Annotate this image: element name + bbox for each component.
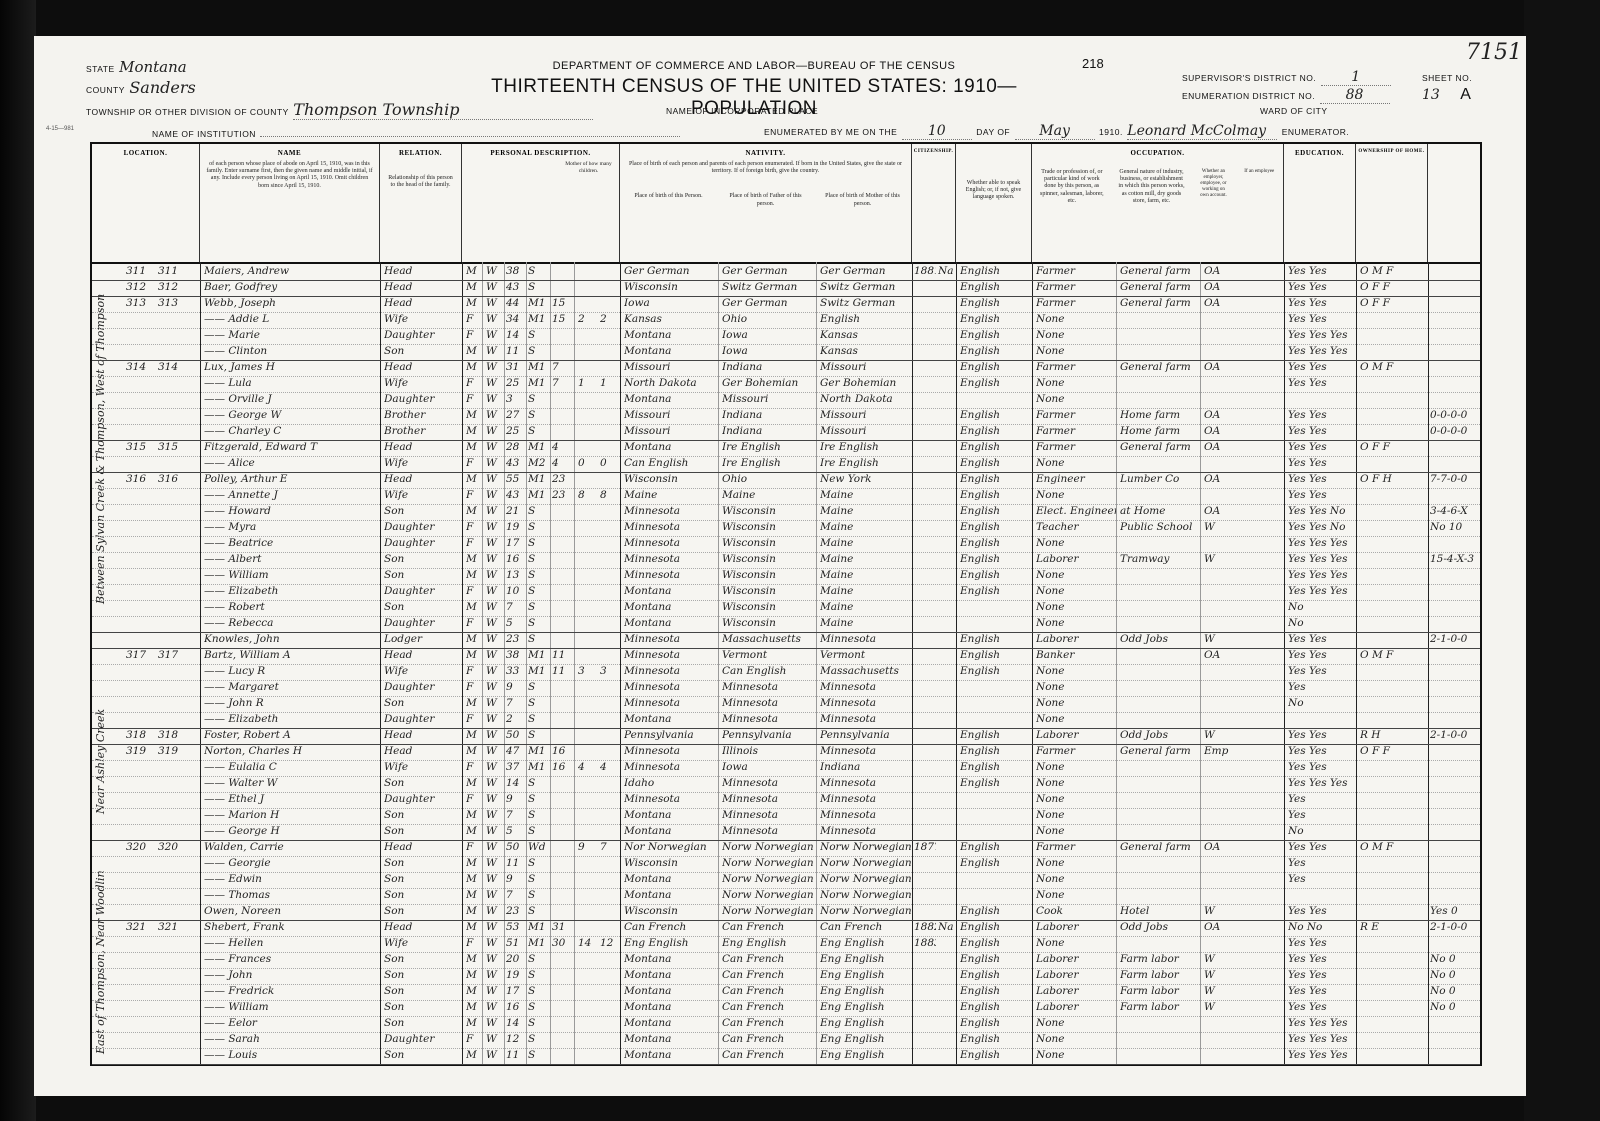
sex: M [466, 729, 482, 741]
enumeration-district: ENUMERATION DISTRICT NO. 88 [1182, 86, 1390, 104]
race: W [486, 841, 502, 853]
race: W [486, 569, 502, 581]
sex: F [466, 537, 482, 549]
occupation: None [1036, 937, 1116, 949]
sex: F [466, 393, 482, 405]
education: Yes Yes Yes [1288, 569, 1356, 581]
home-ownership: O F F [1360, 281, 1428, 293]
census-row: —— Marie Daughter F W 14 S Montana Iowa … [92, 328, 1480, 345]
annotation-codes: No 0 [1430, 953, 1480, 965]
employer-status: OA [1204, 297, 1234, 309]
education: Yes Yes [1288, 761, 1356, 773]
father-birthplace: Can French [722, 1001, 816, 1013]
employer-status: W [1204, 953, 1234, 965]
dwelling-number: 311 [126, 265, 156, 277]
relation: Brother [384, 409, 460, 421]
birthplace: Wisconsin [624, 281, 718, 293]
language: English [960, 761, 1030, 773]
occupation: Farmer [1036, 281, 1116, 293]
birthplace: Montana [624, 1017, 718, 1029]
marital-status: S [528, 585, 550, 597]
education: Yes Yes [1288, 457, 1356, 469]
industry: General farm [1120, 441, 1200, 453]
mother-birthplace: North Dakota [820, 393, 912, 405]
race: W [486, 873, 502, 885]
birthplace: Montana [624, 441, 718, 453]
language: English [960, 377, 1030, 389]
census-row: —— Ethel J Daughter F W 9 S Minnesota Mi… [92, 792, 1480, 809]
father-birthplace: Norw Norwegian [722, 857, 816, 869]
sex: M [466, 281, 482, 293]
language: English [960, 329, 1030, 341]
education: Yes Yes [1288, 297, 1356, 309]
mother-birthplace: Eng English [820, 953, 912, 965]
occupation: None [1036, 313, 1116, 325]
relation: Wife [384, 937, 460, 949]
years-married: 7 [552, 377, 574, 389]
age: 12 [506, 1033, 526, 1045]
mother-birthplace: Eng English [820, 969, 912, 981]
marital-status: S [528, 345, 550, 357]
children-born: 1 [578, 377, 598, 389]
occupation: None [1036, 569, 1116, 581]
occupation: None [1036, 697, 1116, 709]
mother-birthplace: Maine [820, 569, 912, 581]
father-birthplace: Can French [722, 969, 816, 981]
sex: M [466, 697, 482, 709]
relation: Son [384, 1049, 460, 1061]
person-name: —— John [204, 969, 378, 981]
years-married: 16 [552, 761, 574, 773]
employer-status: Emp [1204, 745, 1234, 757]
education: No [1288, 825, 1356, 837]
age: 38 [506, 265, 526, 277]
employer-status: W [1204, 553, 1234, 565]
census-sheet: STATE Montana COUNTY Sanders TOWNSHIP OR… [34, 36, 1526, 1096]
birthplace: Minnesota [624, 553, 718, 565]
race: W [486, 553, 502, 565]
home-ownership: R H [1360, 729, 1428, 741]
father-birthplace: Pennsylvania [722, 729, 816, 741]
relation: Son [384, 905, 460, 917]
mother-birthplace: Minnesota [820, 745, 912, 757]
age: 34 [506, 313, 526, 325]
person-name: —— Robert [204, 601, 378, 613]
relation: Son [384, 969, 460, 981]
incorporated-place-label: NAME OF INCORPORATED PLACE [666, 106, 818, 116]
age: 28 [506, 441, 526, 453]
occupation: None [1036, 1033, 1116, 1045]
family-number: 313 [158, 297, 188, 309]
scan-edge-right: 101 [1524, 0, 1600, 1121]
occupation: Farmer [1036, 361, 1116, 373]
industry: General farm [1120, 841, 1200, 853]
sex: M [466, 1001, 482, 1013]
marital-status: S [528, 409, 550, 421]
industry: General farm [1120, 745, 1200, 757]
education: No No [1288, 921, 1356, 933]
state-value: Montana [119, 58, 187, 76]
birthplace: Montana [624, 825, 718, 837]
race: W [486, 985, 502, 997]
person-name: Shebert, Frank [204, 921, 378, 933]
race: W [486, 953, 502, 965]
person-name: —— Lucy R [204, 665, 378, 677]
race: W [486, 889, 502, 901]
language: English [960, 345, 1030, 357]
education: Yes [1288, 857, 1356, 869]
age: 9 [506, 873, 526, 885]
age: 23 [506, 905, 526, 917]
race: W [486, 441, 502, 453]
father-birthplace: Norw Norwegian [722, 841, 816, 853]
sex: M [466, 777, 482, 789]
employer-status: W [1204, 905, 1234, 917]
language: English [960, 745, 1030, 757]
industry: Hotel [1120, 905, 1200, 917]
census-row: 315 315 Fitzgerald, Edward T Head M W 28… [92, 440, 1480, 457]
father-birthplace: Wisconsin [722, 569, 816, 581]
occupation: None [1036, 777, 1116, 789]
occupation: None [1036, 793, 1116, 805]
sex: M [466, 905, 482, 917]
birthplace: Montana [624, 969, 718, 981]
age: 27 [506, 409, 526, 421]
person-name: —— Beatrice [204, 537, 378, 549]
occupation: Farmer [1036, 841, 1116, 853]
occupation: None [1036, 681, 1116, 693]
age: 19 [506, 969, 526, 981]
industry: General farm [1120, 265, 1200, 277]
marital-status: M1 [528, 361, 550, 373]
annotation-codes: 2-1-0-0 [1430, 729, 1480, 741]
family-number: 314 [158, 361, 188, 373]
occupation: Elect. Engineer [1036, 505, 1116, 517]
census-row: 311 311 Maiers, Andrew Head M W 38 S Ger… [92, 264, 1480, 281]
sex: F [466, 489, 482, 501]
nativity-header: NATIVITY.Place of birth of each person a… [620, 144, 912, 262]
person-name: Webb, Joseph [204, 297, 378, 309]
language: English [960, 297, 1030, 309]
occupation: Cook [1036, 905, 1116, 917]
language: English [960, 1049, 1030, 1061]
immigration-year: 1877 [914, 841, 936, 853]
birthplace: Montana [624, 1033, 718, 1045]
employer-status: OA [1204, 505, 1234, 517]
father-birthplace: Switz German [722, 281, 816, 293]
census-row: —— John R Son M W 7 S Minnesota Minnesot… [92, 696, 1480, 713]
industry: Lumber Co [1120, 473, 1200, 485]
education: Yes [1288, 681, 1356, 693]
age: 51 [506, 937, 526, 949]
person-name: Baer, Godfrey [204, 281, 378, 293]
home-ownership: O M F [1360, 361, 1428, 373]
occupation: None [1036, 857, 1116, 869]
family-number: 321 [158, 921, 188, 933]
annotation-codes: No 0 [1430, 985, 1480, 997]
father-birthplace: Indiana [722, 425, 816, 437]
age: 16 [506, 553, 526, 565]
home-ownership: R E [1360, 921, 1428, 933]
birthplace: Minnesota [624, 633, 718, 645]
language: English [960, 905, 1030, 917]
occupation: None [1036, 889, 1116, 901]
sex: M [466, 297, 482, 309]
occupation-header: OCCUPATION. Trade or profession of, or p… [1032, 144, 1284, 262]
family-number: 317 [158, 649, 188, 661]
sex: F [466, 329, 482, 341]
children-living: 2 [600, 313, 620, 325]
language: English [960, 537, 1030, 549]
sex: M [466, 809, 482, 821]
relation: Son [384, 505, 460, 517]
age: 7 [506, 601, 526, 613]
marital-status: S [528, 905, 550, 917]
years-married: 15 [552, 313, 574, 325]
father-birthplace: Minnesota [722, 825, 816, 837]
marital-status: S [528, 681, 550, 693]
mother-birthplace: Ire English [820, 441, 912, 453]
age: 25 [506, 425, 526, 437]
relation: Daughter [384, 585, 460, 597]
language: English [960, 921, 1030, 933]
mother-birthplace: Kansas [820, 345, 912, 357]
census-row: —— Eelor Son M W 14 S Montana Can French… [92, 1016, 1480, 1033]
mother-birthplace: Eng English [820, 1033, 912, 1045]
person-name: —— Alice [204, 457, 378, 469]
age: 7 [506, 697, 526, 709]
census-row: —— Edwin Son M W 9 S Montana Norw Norweg… [92, 872, 1480, 889]
relation: Head [384, 649, 460, 661]
age: 17 [506, 985, 526, 997]
employer-status: OA [1204, 425, 1234, 437]
sex: F [466, 1033, 482, 1045]
annotation-codes: 15-4-X-3 [1430, 553, 1480, 565]
education: Yes Yes [1288, 649, 1356, 661]
mother-birthplace: Norw Norwegian [820, 841, 912, 853]
annotation-codes: 2-1-0-0 [1430, 633, 1480, 645]
mother-birthplace: Maine [820, 521, 912, 533]
father-birthplace: Iowa [722, 329, 816, 341]
naturalization: Na [938, 265, 956, 277]
age: 38 [506, 649, 526, 661]
mother-birthplace: Maine [820, 489, 912, 501]
mother-birthplace: Maine [820, 537, 912, 549]
immigration-year: 1881 [914, 265, 936, 277]
years-married: 4 [552, 457, 574, 469]
language: English [960, 857, 1030, 869]
race: W [486, 537, 502, 549]
sex: M [466, 601, 482, 613]
education: No [1288, 617, 1356, 629]
person-name: —— Elizabeth [204, 713, 378, 725]
industry: General farm [1120, 281, 1200, 293]
census-row: 312 312 Baer, Godfrey Head M W 43 S Wisc… [92, 280, 1480, 297]
age: 7 [506, 889, 526, 901]
father-birthplace: Ohio [722, 313, 816, 325]
father-birthplace: Minnesota [722, 809, 816, 821]
birthplace: Can French [624, 921, 718, 933]
annotation-codes: 7-7-0-0 [1430, 473, 1480, 485]
education: Yes Yes [1288, 633, 1356, 645]
marital-status: S [528, 265, 550, 277]
census-row: —— Rebecca Daughter F W 5 S Montana Wisc… [92, 616, 1480, 633]
years-married: 11 [552, 649, 574, 661]
relation: Son [384, 1017, 460, 1029]
census-row: —— George W Brother M W 27 S Missouri In… [92, 408, 1480, 425]
person-name: —— William [204, 1001, 378, 1013]
language: English [960, 569, 1030, 581]
relation: Wife [384, 457, 460, 469]
census-row: —— Howard Son M W 21 S Minnesota Wiscons… [92, 504, 1480, 521]
sex: M [466, 345, 482, 357]
enumerator-name: Leonard McColmay [1127, 123, 1277, 140]
birthplace: Eng English [624, 937, 718, 949]
person-name: —— George W [204, 409, 378, 421]
race: W [486, 729, 502, 741]
dwelling-number: 316 [126, 473, 156, 485]
mother-birthplace: Minnesota [820, 633, 912, 645]
marital-status: S [528, 777, 550, 789]
marital-status: M2 [528, 457, 550, 469]
occupation: Engineer [1036, 473, 1116, 485]
census-row: —— Myra Daughter F W 19 S Minnesota Wisc… [92, 520, 1480, 537]
occupation: None [1036, 537, 1116, 549]
father-birthplace: Indiana [722, 409, 816, 421]
children-born: 4 [578, 761, 598, 773]
relation: Son [384, 777, 460, 789]
mother-birthplace: Can French [820, 921, 912, 933]
occupation: Laborer [1036, 553, 1116, 565]
age: 23 [506, 633, 526, 645]
father-birthplace: Wisconsin [722, 601, 816, 613]
census-row: —— Robert Son M W 7 S Montana Wisconsin … [92, 600, 1480, 617]
marital-status: M1 [528, 441, 550, 453]
occupation: None [1036, 809, 1116, 821]
mother-birthplace: Norw Norwegian [820, 873, 912, 885]
language: English [960, 441, 1030, 453]
mother-birthplace: Vermont [820, 649, 912, 661]
language: English [960, 649, 1030, 661]
family-number: 311 [158, 265, 188, 277]
language: English [960, 489, 1030, 501]
sheet-number: SHEET NO. 13 A [1422, 68, 1472, 104]
sex: M [466, 361, 482, 373]
birthplace: Montana [624, 1049, 718, 1061]
supervisor-district: SUPERVISOR'S DISTRICT NO. 1 [1182, 68, 1391, 86]
years-married: 4 [552, 441, 574, 453]
father-birthplace: Norw Norwegian [722, 905, 816, 917]
birthplace: Montana [624, 953, 718, 965]
father-birthplace: Vermont [722, 649, 816, 661]
occupation: None [1036, 601, 1116, 613]
age: 50 [506, 729, 526, 741]
race: W [486, 713, 502, 725]
mother-birthplace: Norw Norwegian [820, 857, 912, 869]
sex: M [466, 745, 482, 757]
sex: M [466, 921, 482, 933]
race: W [486, 937, 502, 949]
person-name: —— Georgie [204, 857, 378, 869]
marital-status: S [528, 1033, 550, 1045]
birthplace: Maine [624, 489, 718, 501]
occupation: None [1036, 329, 1116, 341]
census-row: —— William Son M W 13 S Minnesota Wiscon… [92, 568, 1480, 585]
relation: Daughter [384, 329, 460, 341]
person-name: Lux, James H [204, 361, 378, 373]
mother-birthplace: Minnesota [820, 713, 912, 725]
race: W [486, 761, 502, 773]
language: English [960, 313, 1030, 325]
occupation: Farmer [1036, 745, 1116, 757]
person-name: —— Elizabeth [204, 585, 378, 597]
father-birthplace: Illinois [722, 745, 816, 757]
dwelling-number: 318 [126, 729, 156, 741]
age: 19 [506, 521, 526, 533]
race: W [486, 409, 502, 421]
race: W [486, 297, 502, 309]
sex: F [466, 681, 482, 693]
ward-label: WARD OF CITY [1260, 106, 1328, 116]
sex: F [466, 841, 482, 853]
industry: Public School [1120, 521, 1200, 533]
relation: Head [384, 729, 460, 741]
age: 7 [506, 809, 526, 821]
employer-status: OA [1204, 409, 1234, 421]
person-name: Fitzgerald, Edward T [204, 441, 378, 453]
census-row: —— Louis Son M W 11 S Montana Can French… [92, 1048, 1480, 1065]
father-birthplace: Wisconsin [722, 537, 816, 549]
language: English [960, 777, 1030, 789]
census-row: —— Orville J Daughter F W 3 S Montana Mi… [92, 392, 1480, 409]
race: W [486, 1001, 502, 1013]
race: W [486, 601, 502, 613]
age: 5 [506, 617, 526, 629]
birthplace: Montana [624, 617, 718, 629]
relation: Daughter [384, 521, 460, 533]
family-number: 312 [158, 281, 188, 293]
education: Yes Yes [1288, 969, 1356, 981]
age: 33 [506, 665, 526, 677]
race: W [486, 505, 502, 517]
birthplace: Montana [624, 873, 718, 885]
occupation: Farmer [1036, 425, 1116, 437]
employer-status: W [1204, 633, 1234, 645]
education: Yes Yes Yes [1288, 1033, 1356, 1045]
education: Yes Yes [1288, 473, 1356, 485]
father-birthplace: Ger Bohemian [722, 377, 816, 389]
age: 14 [506, 777, 526, 789]
years-married: 16 [552, 745, 574, 757]
enumeration-date: ENUMERATED BY ME ON THE 10 DAY OF May 19… [764, 122, 1349, 140]
children-living: 3 [600, 665, 620, 677]
relation: Head [384, 297, 460, 309]
dwelling-number: 313 [126, 297, 156, 309]
sex: M [466, 505, 482, 517]
occupation: Farmer [1036, 441, 1116, 453]
age: 31 [506, 361, 526, 373]
mother-birthplace: Minnesota [820, 793, 912, 805]
home-ownership: O F H [1360, 473, 1428, 485]
relation: Lodger [384, 633, 460, 645]
occupation: None [1036, 393, 1116, 405]
children-living: 7 [600, 841, 620, 853]
home-ownership: O M F [1360, 841, 1428, 853]
mother-birthplace: Minnesota [820, 681, 912, 693]
marital-status: S [528, 553, 550, 565]
person-name: —— Ethel J [204, 793, 378, 805]
father-birthplace: Indiana [722, 361, 816, 373]
